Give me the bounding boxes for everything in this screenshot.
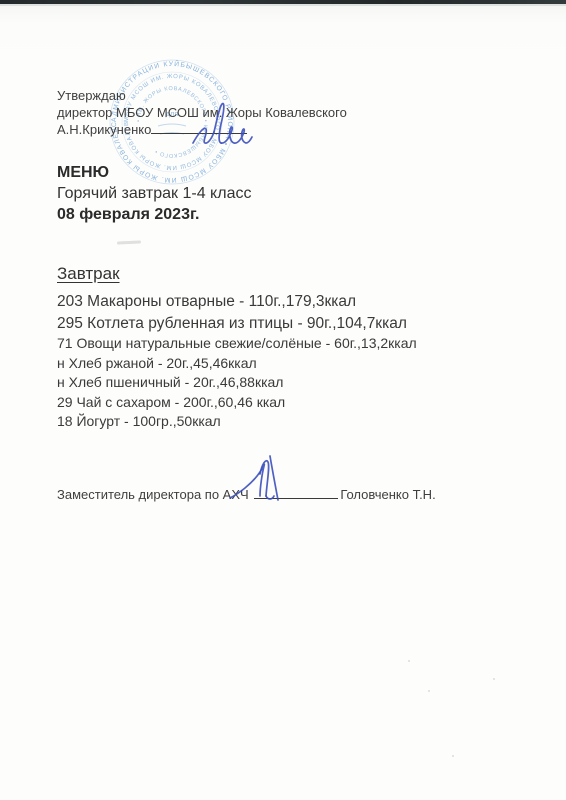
menu-items-list: 203 Макароны отварные - 110г.,179,3ккал …	[57, 291, 417, 432]
deputy-label: Заместитель директора по АХЧ	[57, 487, 249, 502]
menu-item: 29 Чай с сахаром - 200г.,60,46 ккал	[57, 393, 417, 413]
paper-speck	[408, 660, 410, 662]
menu-date: 08 февраля 2023г.	[57, 204, 251, 225]
paper-speck	[452, 755, 454, 757]
menu-item: 203 Макароны отварные - 110г.,179,3ккал	[57, 291, 417, 313]
deputy-name: Головченко Т.Н.	[340, 487, 435, 502]
deputy-signature	[224, 450, 288, 504]
menu-item: 295 Котлета рубленная из птицы - 90г.,10…	[57, 313, 417, 335]
menu-item: 18 Йогурт - 100гр.,50ккал	[57, 412, 417, 432]
signer-name: А.Н.Крикуненко	[57, 122, 151, 137]
paper-speck	[493, 678, 495, 680]
menu-header: МЕНЮ Горячий завтрак 1-4 класс 08 феврал…	[57, 162, 251, 225]
menu-subtitle: Горячий завтрак 1-4 класс	[57, 183, 251, 204]
section-heading: Завтрак	[57, 264, 120, 284]
menu-item: н Хлеб пшеничный - 20г.,46,88ккал	[57, 373, 417, 393]
paper-smudge	[117, 240, 141, 244]
director-signature	[188, 96, 258, 148]
menu-title: МЕНЮ	[57, 162, 251, 183]
menu-item: н Хлеб ржаной - 20г.,45,46ккал	[57, 354, 417, 374]
paper-speck	[428, 690, 430, 692]
menu-item: 71 Овощи натуральные свежие/солёные - 60…	[57, 334, 417, 354]
scanner-edge-shadow	[0, 4, 566, 6]
